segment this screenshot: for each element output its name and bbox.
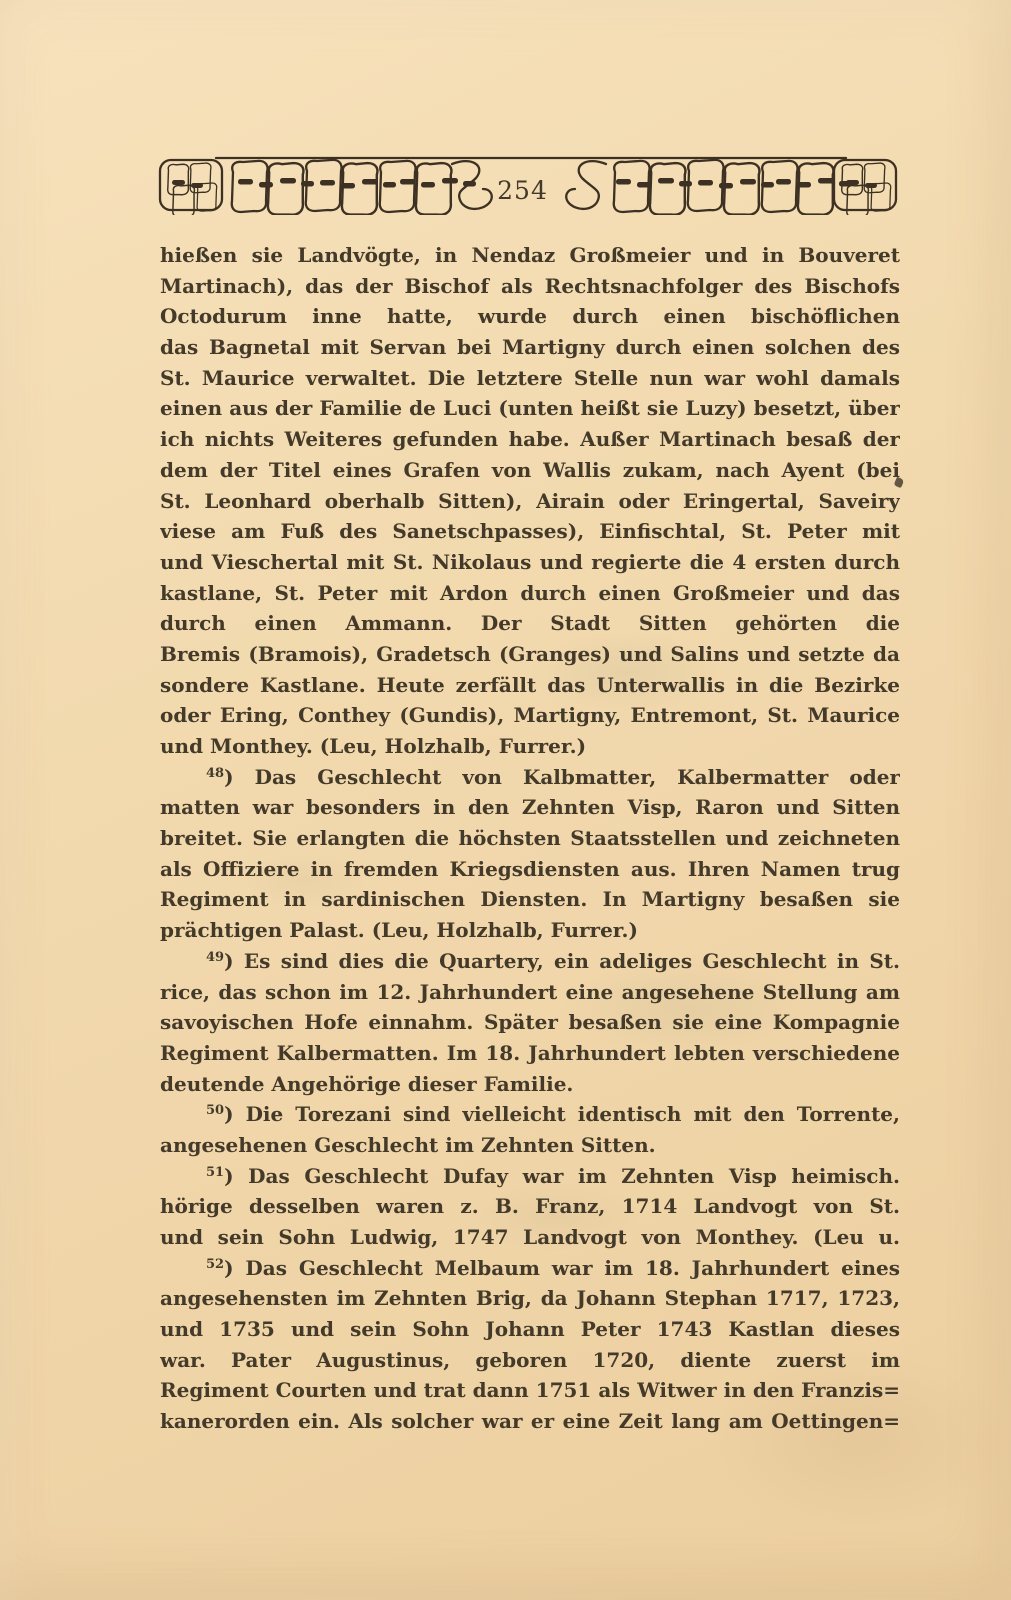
text-line: 50) Die Torezani sind vielleicht identis… [160, 1099, 900, 1130]
footnote-number: 52 [206, 1257, 224, 1272]
page-number: 254 [0, 176, 1011, 205]
footnote-number: 50 [206, 1103, 224, 1118]
footnote-number: 48 [206, 766, 224, 781]
text-line: angesehenen Geschlecht im Zehnten Sitten… [160, 1130, 900, 1161]
text-line: deutende Angehörige dieser Familie. [160, 1069, 900, 1100]
text-line: kanerorden ein. Als solcher war er eine … [160, 1406, 900, 1437]
text-line: das Bagnetal mit Servan bei Martigny dur… [160, 332, 900, 363]
text-line: und Vieschertal mit St. Nikolaus und reg… [160, 547, 900, 578]
text-line: 51) Das Geschlecht Dufay war im Zehnten … [160, 1161, 900, 1192]
text-line: einen aus der Familie de Luci (unten hei… [160, 393, 900, 424]
text-line: Regiment Kalbermatten. Im 18. Jahrhunder… [160, 1038, 900, 1069]
text-line: hießen sie Landvögte, in Nendaz Großmeie… [160, 240, 900, 271]
text-line: ich nichts Weiteres gefunden habe. Außer… [160, 424, 900, 455]
footnote-number: 51 [206, 1165, 224, 1180]
text-line: als Offiziere in fremden Kriegsdiensten … [160, 854, 900, 885]
text-line: durch einen Ammann. Der Stadt Sitten geh… [160, 608, 900, 639]
text-line: war. Pater Augustinus, geboren 1720, die… [160, 1345, 900, 1376]
footnote-number: 49 [206, 950, 224, 965]
text-line: rice, das schon im 12. Jahrhundert eine … [160, 977, 900, 1008]
text-line: breitet. Sie erlangten die höchsten Staa… [160, 823, 900, 854]
text-line: und Monthey. (Leu, Holzhalb, Furrer.) [160, 731, 900, 762]
text-line: viese am Fuß des Sanetschpasses), Einfis… [160, 516, 900, 547]
text-line: kastlane, St. Peter mit Ardon durch eine… [160, 578, 900, 609]
text-line: Octodurum inne hatte, wurde durch einen … [160, 301, 900, 332]
text-line: 48) Das Geschlecht von Kalbmatter, Kalbe… [160, 762, 900, 793]
text-line: 52) Das Geschlecht Melbaum war im 18. Ja… [160, 1253, 900, 1284]
text-line: sondere Kastlane. Heute zerfällt das Unt… [160, 670, 900, 701]
text-line: angesehensten im Zehnten Brig, da Johann… [160, 1283, 900, 1314]
scanned-book-page: { "page": { "number": "254", "ink_color"… [0, 0, 1011, 1600]
text-line: Bremis (Bramois), Gradetsch (Granges) un… [160, 639, 900, 670]
text-line: matten war besonders in den Zehnten Visp… [160, 792, 900, 823]
text-line: savoyischen Hofe einnahm. Später besaßen… [160, 1007, 900, 1038]
text-line: Martinach), das der Bischof als Rechtsna… [160, 271, 900, 302]
text-line: dem der Titel eines Grafen von Wallis zu… [160, 455, 900, 486]
text-line: prächtigen Palast. (Leu, Holzhalb, Furre… [160, 915, 900, 946]
text-line: und 1735 und sein Sohn Johann Peter 1743… [160, 1314, 900, 1345]
text-line: St. Leonhard oberhalb Sitten), Airain od… [160, 486, 900, 517]
text-line: oder Ering, Conthey (Gundis), Martigny, … [160, 700, 900, 731]
text-line: hörige desselben waren z. B. Franz, 1714… [160, 1191, 900, 1222]
text-line: Regiment in sardinischen Diensten. In Ma… [160, 884, 900, 915]
text-line: Regiment Courten und trat dann 1751 als … [160, 1375, 900, 1406]
text-line: 49) Es sind dies die Quartery, ein adeli… [160, 946, 900, 977]
text-line: und sein Sohn Ludwig, 1747 Landvogt von … [160, 1222, 900, 1253]
text-block: hießen sie Landvögte, in Nendaz Großmeie… [160, 240, 900, 1437]
text-line: St. Maurice verwaltet. Die letztere Stel… [160, 363, 900, 394]
